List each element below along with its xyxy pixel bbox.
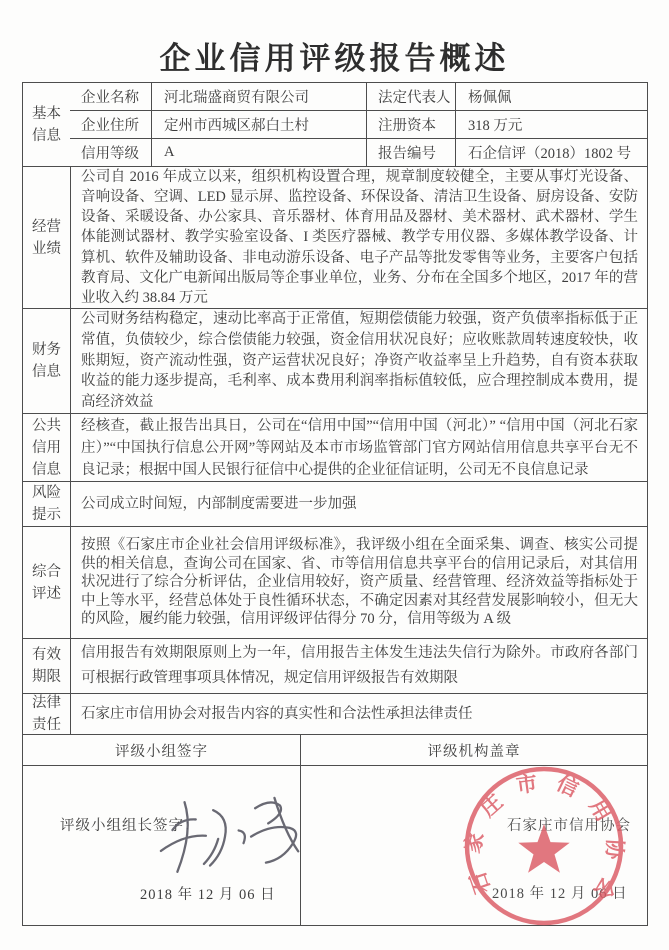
section-label-text: 法律责任	[31, 692, 62, 736]
table-row: 企业名称 河北瑞盛商贸有限公司 法定代表人 杨佩佩	[70, 83, 647, 110]
section-legal-liability: 法律责任 石家庄市信用协会对报告内容的真实性和合法性承担法律责任	[23, 693, 647, 734]
handwritten-signature	[151, 786, 311, 886]
section-label-text: 风险提示	[31, 482, 62, 526]
field-label-company-address: 企业住所	[70, 111, 151, 138]
section-validity-period: 有效期限 信用报告有效期限原则上为一年，信用报告主体发生违法失信行为除外。市政府…	[23, 638, 647, 693]
section-label-text: 基本信息	[31, 103, 62, 147]
section-public-credit-info: 公共信用信息 经核查，截止报告出具日，公司在“信用中国”“信用中国（河北）” “…	[23, 413, 647, 481]
section-label: 法律责任	[23, 694, 70, 734]
section-label: 经营业绩	[23, 167, 70, 308]
field-value-company-address: 定州市西城区郝白土村	[151, 111, 366, 138]
basic-info-rows: 企业名称 河北瑞盛商贸有限公司 法定代表人 杨佩佩 企业住所 定州市西城区郝白土…	[70, 83, 647, 166]
section-content: 按照《石家庄市企业社会信用评级标准》，我评级小组在全面采集、调查、核实公司提供的…	[70, 527, 647, 638]
section-content: 石家庄市信用协会对报告内容的真实性和合法性承担法律责任	[70, 694, 647, 734]
field-value-report-number: 石企信评（2018）1802 号	[455, 139, 647, 166]
section-overall-assessment: 综合评述 按照《石家庄市企业社会信用评级标准》，我评级小组在全面采集、调查、核实…	[23, 526, 647, 638]
table-row: 企业住所 定州市西城区郝白土村 注册资本 318 万元	[70, 110, 647, 138]
field-label-credit-grade: 信用等级	[70, 139, 151, 166]
section-label: 有效期限	[23, 639, 70, 693]
section-label-text: 财务信息	[31, 339, 62, 383]
section-label-text: 综合评述	[31, 561, 62, 605]
section-content: 公司自 2016 年成立以来，组织机构设置合理，规章制度较健全，主要从事灯光设备…	[70, 167, 647, 308]
signoff-header-row: 评级小组签字 评级机构盖章	[23, 734, 647, 765]
section-label-text: 有效期限	[31, 644, 62, 688]
section-content-text: 按照《石家庄市企业社会信用评级标准》，我评级小组在全面采集、调查、核实公司提供的…	[81, 536, 638, 629]
section-content-text: 信用报告有效期限原则上为一年，信用报告主体发生违法失信行为除外。市政府各部门可根…	[81, 641, 638, 691]
section-content: 公司财务结构稳定，速动比率高于正常值，短期偿债能力较强，资产负债率指标低于正常值…	[70, 309, 647, 413]
field-value-legal-representative: 杨佩佩	[455, 83, 647, 110]
field-label-registered-capital: 注册资本	[366, 111, 455, 138]
signature-cell: 评级小组组长签字： 2018 年 12 月 06 日	[23, 766, 300, 925]
table-row: 信用等级 A 报告编号 石企信评（2018）1802 号	[70, 138, 647, 166]
official-seal: 石家庄市信用协会	[453, 764, 643, 944]
stamp-cell: 石家庄市信用协会 2018 年 12 月 06 日 石家庄市信用协会	[300, 766, 647, 925]
field-label-company-name: 企业名称	[70, 83, 151, 110]
org-name-text: 石家庄市信用协会	[507, 814, 631, 835]
section-content: 公司成立时间短，内部制度需要进一步加强	[70, 482, 647, 526]
section-label-text: 经营业绩	[31, 216, 62, 260]
section-label-text: 公共信用信息	[31, 415, 62, 481]
section-label: 公共信用信息	[23, 414, 70, 481]
signoff-body-row: 评级小组组长签字： 2018 年 12 月 06 日	[23, 765, 647, 925]
field-label-legal-representative: 法定代表人	[366, 83, 455, 110]
section-content: 信用报告有效期限原则上为一年，信用报告主体发生违法失信行为除外。市政府各部门可根…	[70, 639, 647, 693]
field-value-credit-grade: A	[151, 139, 366, 166]
section-business-performance: 经营业绩 公司自 2016 年成立以来，组织机构设置合理，规章制度较健全，主要从…	[23, 166, 647, 308]
section-label-basic: 基本信息	[23, 83, 70, 166]
report-page: 企业信用评级报告概述 基本信息 企业名称 河北瑞盛商贸有限公司 法定代表人 杨佩…	[0, 0, 669, 950]
section-label: 综合评述	[23, 527, 70, 638]
signature-date: 2018 年 12 月 06 日	[140, 883, 276, 904]
signoff-header-stamp: 评级机构盖章	[300, 735, 647, 765]
page-title: 企业信用评级报告概述	[0, 33, 669, 78]
section-label: 风险提示	[23, 482, 70, 526]
field-value-registered-capital: 318 万元	[455, 111, 647, 138]
section-content-text: 公司自 2016 年成立以来，组织机构设置合理，规章制度较健全，主要从事灯光设备…	[81, 167, 638, 308]
section-content-text: 石家庄市信用协会对报告内容的真实性和合法性承担法律责任	[81, 704, 638, 724]
section-label: 财务信息	[23, 309, 70, 413]
section-risk-notice: 风险提示 公司成立时间短，内部制度需要进一步加强	[23, 481, 647, 526]
stamp-date: 2018 年 12 月 06 日	[492, 882, 628, 903]
section-content-text: 经核查，截止报告出具日，公司在“信用中国”“信用中国（河北）” “信用中国（河北…	[81, 415, 638, 481]
basic-info-section: 基本信息 企业名称 河北瑞盛商贸有限公司 法定代表人 杨佩佩 企业住所 定州市西…	[23, 83, 647, 166]
signoff-header-signature: 评级小组签字	[23, 735, 300, 765]
field-label-report-number: 报告编号	[366, 139, 455, 166]
section-content-text: 公司成立时间短，内部制度需要进一步加强	[81, 494, 638, 514]
section-financial-info: 财务信息 公司财务结构稳定，速动比率高于正常值，短期偿债能力较强，资产负债率指标…	[23, 308, 647, 413]
field-value-company-name: 河北瑞盛商贸有限公司	[151, 83, 366, 110]
report-table: 基本信息 企业名称 河北瑞盛商贸有限公司 法定代表人 杨佩佩 企业住所 定州市西…	[22, 82, 648, 926]
section-content: 经核查，截止报告出具日，公司在“信用中国”“信用中国（河北）” “信用中国（河北…	[70, 414, 647, 481]
section-content-text: 公司财务结构稳定，速动比率高于正常值，短期偿债能力较强，资产负债率指标低于正常值…	[81, 309, 638, 414]
